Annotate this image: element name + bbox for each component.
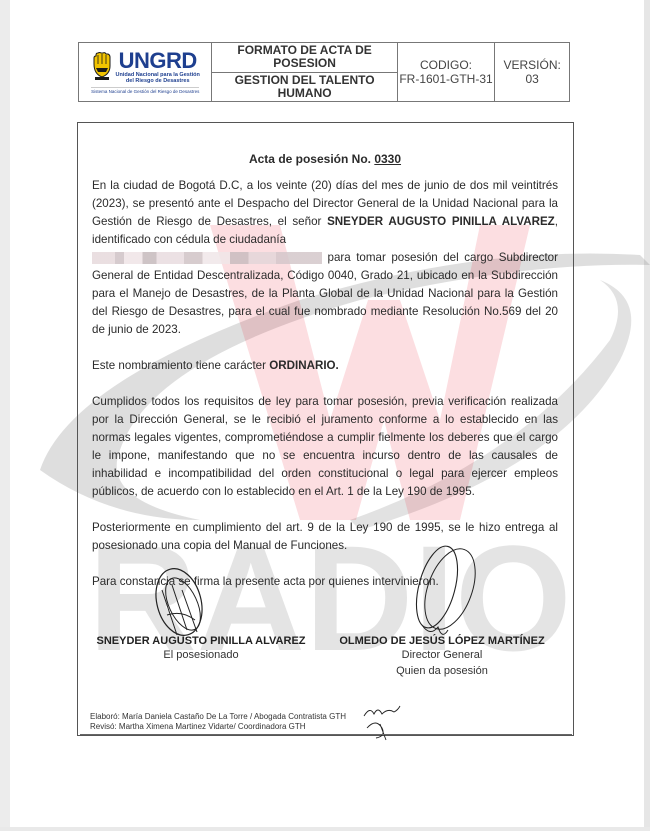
- signature-block-appointee: SNEYDER AUGUSTO PINILLA ALVAREZ El poses…: [92, 635, 310, 663]
- act-title: Acta de posesión No. 0330: [92, 150, 558, 168]
- version-value: 03: [525, 72, 538, 86]
- act-number: 0330: [374, 152, 401, 166]
- signature-left-scribble: [147, 560, 217, 640]
- version-label: VERSIÓN:: [503, 58, 560, 72]
- act-paragraph-1: En la ciudad de Bogotá D.C, a los veinte…: [92, 177, 558, 339]
- act-content: Acta de posesión No. 0330 En la ciudad d…: [92, 150, 558, 609]
- area-title: GESTION DEL TALENTO HUMANO: [212, 72, 396, 102]
- document-header-table: UNGRD Unidad Nacional para la Gestión de…: [78, 42, 570, 102]
- form-title: FORMATO DE ACTA DE POSESION: [212, 43, 396, 72]
- appointment-type: ORDINARIO.: [269, 359, 339, 372]
- page-edge: [0, 827, 650, 831]
- code-value: FR-1601-GTH-31: [399, 72, 492, 86]
- appointee-name: SNEYDER AUGUSTO PINILLA ALVAREZ: [327, 215, 555, 228]
- hand-shield-icon: [91, 52, 113, 82]
- signature-block-director: OLMEDO DE JESÚS LÓPEZ MARTÍNEZ Director …: [324, 635, 560, 679]
- footer-divider: [80, 734, 572, 735]
- prepared-by: Elaboró: María Daniela Castaño De La Tor…: [90, 712, 346, 722]
- redacted-id-number: [92, 252, 322, 264]
- reviewed-by: Revisó: Martha Ximena Martinez Vidarte/ …: [90, 722, 346, 732]
- review-note: Elaboró: María Daniela Castaño De La Tor…: [90, 712, 346, 732]
- page-edge: [0, 0, 10, 831]
- act-paragraph-2: Este nombramiento tiene carácter ORDINAR…: [92, 357, 558, 375]
- initials-scribble: [362, 702, 402, 742]
- title-cell: FORMATO DE ACTA DE POSESION GESTION DEL …: [212, 43, 397, 101]
- page-edge: [644, 0, 650, 831]
- code-cell: CODIGO: FR-1601-GTH-31: [398, 43, 496, 101]
- logo-cell: UNGRD Unidad Nacional para la Gestión de…: [79, 43, 212, 101]
- signature-area: SNEYDER AUGUSTO PINILLA ALVAREZ El poses…: [92, 545, 558, 685]
- version-cell: VERSIÓN: 03: [495, 43, 569, 101]
- signature-right-scribble: [402, 545, 492, 645]
- code-label: CODIGO:: [420, 58, 472, 72]
- act-paragraph-3: Cumplidos todos los requisitos de ley pa…: [92, 393, 558, 501]
- ungrd-logo: UNGRD Unidad Nacional para la Gestión de…: [91, 50, 200, 84]
